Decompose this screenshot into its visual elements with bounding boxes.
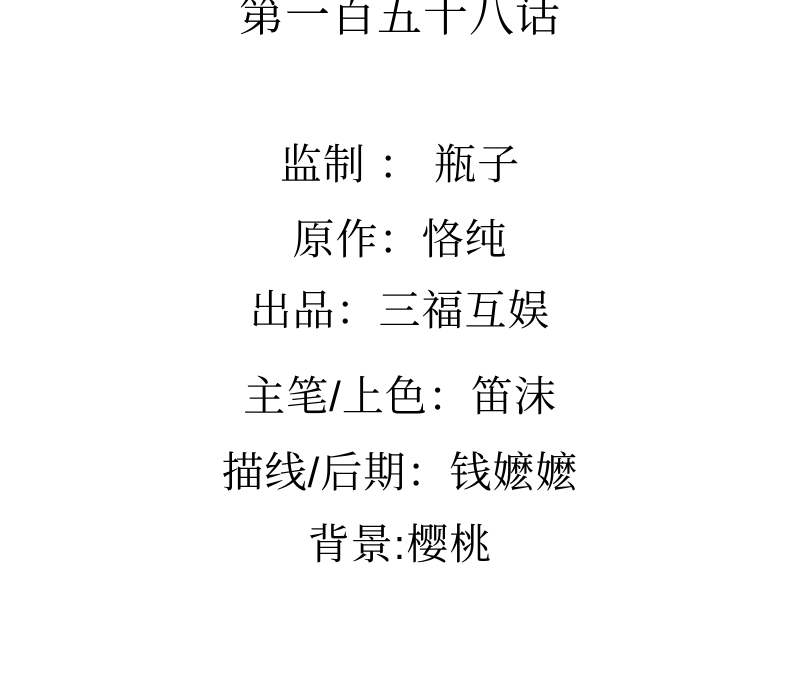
- credit-line-producer: 出品：三福互娱: [0, 290, 800, 332]
- credit-line-background-artist: 背景:樱桃: [0, 524, 800, 566]
- credit-line-supervisor: 监制 ： 瓶子: [0, 144, 800, 186]
- credit-line-lineart-postproduction: 描线/后期：钱嬷嬷: [0, 452, 800, 494]
- credit-line-original-work: 原作：恪纯: [0, 219, 800, 261]
- credit-line-lead-artist-coloring: 主笔/上色：笛沫: [0, 376, 800, 418]
- credits-page: 第一百五十八话 监制 ： 瓶子 原作：恪纯 出品：三福互娱 主笔/上色：笛沫 描…: [0, 0, 800, 675]
- chapter-title: 第一百五十八话: [0, 0, 800, 38]
